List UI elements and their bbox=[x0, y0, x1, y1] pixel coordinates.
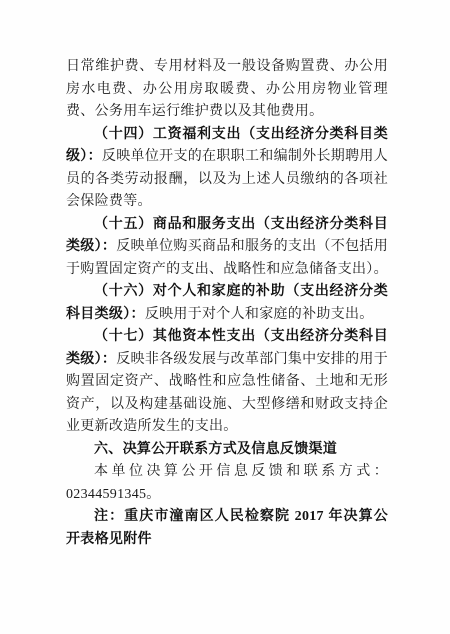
note-attachment-text: 注：重庆市潼南区人民检察院 2017 年决算公开表格见附件 bbox=[66, 509, 388, 547]
clause-body-16: 反映用于对个人和家庭的补助支出。 bbox=[145, 307, 374, 322]
note-attachment: 注：重庆市潼南区人民检察院 2017 年决算公开表格见附件 bbox=[66, 506, 388, 551]
contact-label: 本单位决算公开信息反馈和联系方式： bbox=[94, 464, 388, 479]
para-item-17-other-capital-expenditure: （十七）其他资本性支出（支出经济分类科目类级）：反映非各级发展与改革部门集中安排… bbox=[66, 326, 388, 439]
paragraph-text: 日常维护费、专用材料及一般设备购置费、办公用房水电费、办公用房取暖费、办公用房物… bbox=[66, 59, 388, 119]
para-item-14-wage-welfare: （十四）工资福利支出（支出经济分类科目类级）：反映单位开支的在职职工和编制外长期… bbox=[66, 124, 388, 214]
document-text-block: 日常维护费、专用材料及一般设备购置费、办公用房水电费、办公用房取暖费、办公用房物… bbox=[66, 56, 388, 551]
document-page: 日常维护费、专用材料及一般设备购置费、办公用房水电费、办公用房取暖费、办公用房物… bbox=[0, 0, 450, 634]
heading-section-six-contact-feedback: 六、决算公开联系方式及信息反馈渠道 bbox=[66, 439, 388, 462]
para-item-15-goods-services: （十五）商品和服务支出（支出经济分类科目类级）：反映单位购买商品和服务的支出（不… bbox=[66, 214, 388, 282]
section-six-heading-text: 六、决算公开联系方式及信息反馈渠道 bbox=[94, 442, 337, 457]
para-item-16-individual-family-subsidy: （十六）对个人和家庭的补助（支出经济分类科目类级）：反映用于对个人和家庭的补助支… bbox=[66, 281, 388, 326]
para-contact-info: 本单位决算公开信息反馈和联系方式：02344591345。 bbox=[66, 461, 388, 506]
contact-phone: 02344591345。 bbox=[66, 487, 161, 502]
clause-body-14: 反映单位开支的在职职工和编制外长期聘用人员的各类劳动报酬，以及为上述人员缴纳的各… bbox=[66, 149, 388, 209]
para-daily-maintenance: 日常维护费、专用材料及一般设备购置费、办公用房水电费、办公用房取暖费、办公用房物… bbox=[66, 56, 388, 124]
